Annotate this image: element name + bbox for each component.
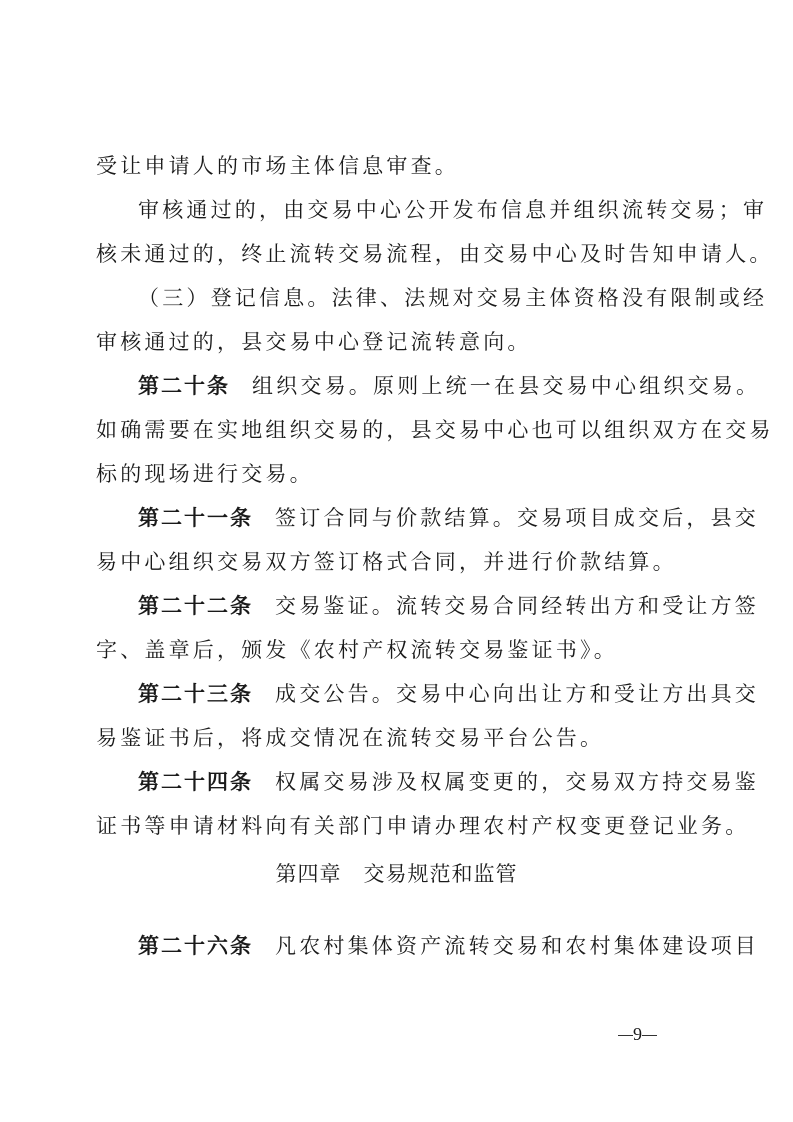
- article-20: 第二十条组织交易。原则上统一在县交易中心组织交易。: [138, 372, 748, 400]
- article-22: 第二十二条交易鉴证。流转交易合同经转出方和受让方签: [138, 592, 748, 620]
- text-line: 标的现场进行交易。: [96, 460, 706, 488]
- chapter-number: 第四章: [276, 862, 342, 886]
- article-label: 第二十条: [138, 374, 230, 398]
- article-label: 第二十一条: [138, 506, 253, 530]
- text-line: 审核通过的，由交易中心公开发布信息并组织流转交易；审: [138, 196, 748, 224]
- chapter-heading: 第四章交易规范和监管: [0, 858, 793, 888]
- article-21: 第二十一条签订合同与价款结算。交易项目成交后，县交: [138, 504, 748, 532]
- article-text: 凡农村集体资产流转交易和农村集体建设项目: [275, 934, 759, 958]
- text-line: 审核通过的，县交易中心登记流转意向。: [96, 328, 706, 356]
- article-text: 权属交易涉及权属变更的，交易双方持交易鉴: [275, 770, 759, 794]
- text-line: 易中心组织交易双方签订格式合同，并进行价款结算。: [96, 548, 706, 576]
- article-label: 第二十二条: [138, 594, 253, 618]
- article-text: 签订合同与价款结算。交易项目成交后，县交: [275, 506, 759, 530]
- article-label: 第二十三条: [138, 682, 253, 706]
- article-24: 第二十四条权属交易涉及权属变更的，交易双方持交易鉴: [138, 768, 748, 796]
- text-line: 证书等申请材料向有关部门申请办理农村产权变更登记业务。: [96, 812, 706, 840]
- article-23: 第二十三条成交公告。交易中心向出让方和受让方出具交: [138, 680, 748, 708]
- chapter-title: 交易规范和监管: [364, 862, 518, 886]
- article-text: 组织交易。原则上统一在县交易中心组织交易。: [252, 374, 760, 398]
- text-line: 易鉴证书后，将成交情况在流转交易平台公告。: [96, 724, 706, 752]
- article-label: 第二十四条: [138, 770, 253, 794]
- article-text: 成交公告。交易中心向出让方和受让方出具交: [275, 682, 759, 706]
- document-page: 受让申请人的市场主体信息审查。 审核通过的，由交易中心公开发布信息并组织流转交易…: [0, 0, 793, 1122]
- article-26: 第二十六条凡农村集体资产流转交易和农村集体建设项目: [138, 932, 748, 960]
- text-line: 核未通过的，终止流转交易流程，由交易中心及时告知申请人。: [96, 240, 706, 268]
- text-line: 字、盖章后，颁发《农村产权流转交易鉴证书》。: [96, 636, 706, 664]
- text-line: （三）登记信息。法律、法规对交易主体资格没有限制或经: [138, 284, 748, 312]
- text-line: 如确需要在实地组织交易的，县交易中心也可以组织双方在交易: [96, 416, 706, 444]
- article-text: 交易鉴证。流转交易合同经转出方和受让方签: [275, 594, 759, 618]
- text-line: 受让申请人的市场主体信息审查。: [96, 152, 706, 180]
- page-number: 9: [618, 1024, 657, 1045]
- article-label: 第二十六条: [138, 934, 253, 958]
